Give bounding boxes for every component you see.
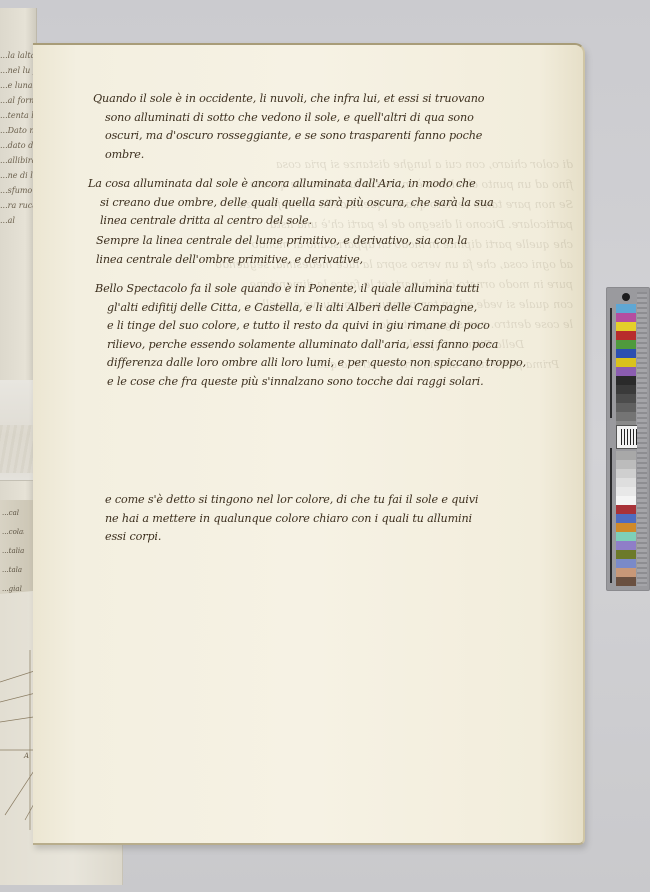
color-calibration-target (606, 287, 650, 591)
color-swatch (616, 349, 636, 358)
paragraph-sunset-spectacle: Bello Spectacolo fa il sole quando è in … (95, 280, 595, 391)
color-swatch (616, 469, 636, 478)
card-rail-upper (610, 308, 612, 418)
color-swatch (616, 412, 636, 421)
color-swatch (616, 358, 636, 367)
color-swatch (616, 313, 636, 322)
card-rail-lower (610, 448, 612, 583)
left-leaf-text: ...la lalta ...nel lu forma ...e lunale … (0, 48, 34, 228)
barcode-icon (621, 429, 637, 445)
swatches-lower (616, 451, 636, 586)
color-swatch (616, 403, 636, 412)
color-swatch (616, 487, 636, 496)
manuscript-page: di color chiaro, con cui a lunghe distan… (33, 43, 585, 845)
color-swatch (616, 394, 636, 403)
color-swatch (616, 550, 636, 559)
color-swatch (616, 331, 636, 340)
swatches-upper (616, 304, 636, 430)
color-swatch (616, 505, 636, 514)
color-swatch (616, 367, 636, 376)
paragraph-two-shadows: La cosa alluminata dal sole è ancora all… (88, 175, 588, 231)
color-swatch (616, 376, 636, 385)
color-swatch (616, 460, 636, 469)
svg-text:A: A (23, 752, 29, 760)
color-swatch (616, 451, 636, 460)
color-swatch (616, 478, 636, 487)
color-swatch (616, 514, 636, 523)
color-swatch (616, 523, 636, 532)
color-swatch (616, 541, 636, 550)
color-swatch (616, 532, 636, 541)
paragraph-tinted-colors: e come s'è detto si tingono nel lor colo… (105, 491, 605, 547)
color-swatch (616, 559, 636, 568)
card-hole-top (622, 293, 630, 301)
color-swatch (616, 340, 636, 349)
flap-middle-text: ...cal ...colai ...talia ...tala ...gial (2, 504, 24, 599)
color-swatch (616, 568, 636, 577)
color-swatch (616, 496, 636, 505)
color-swatch (616, 577, 636, 586)
color-swatch (616, 304, 636, 313)
card-label-strip (637, 292, 647, 586)
color-swatch (616, 322, 636, 331)
paragraph-sun-in-west: Quando il sole è in occidente, li nuvoli… (93, 90, 593, 164)
color-swatch (616, 385, 636, 394)
paragraph-central-line: Sempre la linea centrale del lume primit… (96, 232, 596, 269)
